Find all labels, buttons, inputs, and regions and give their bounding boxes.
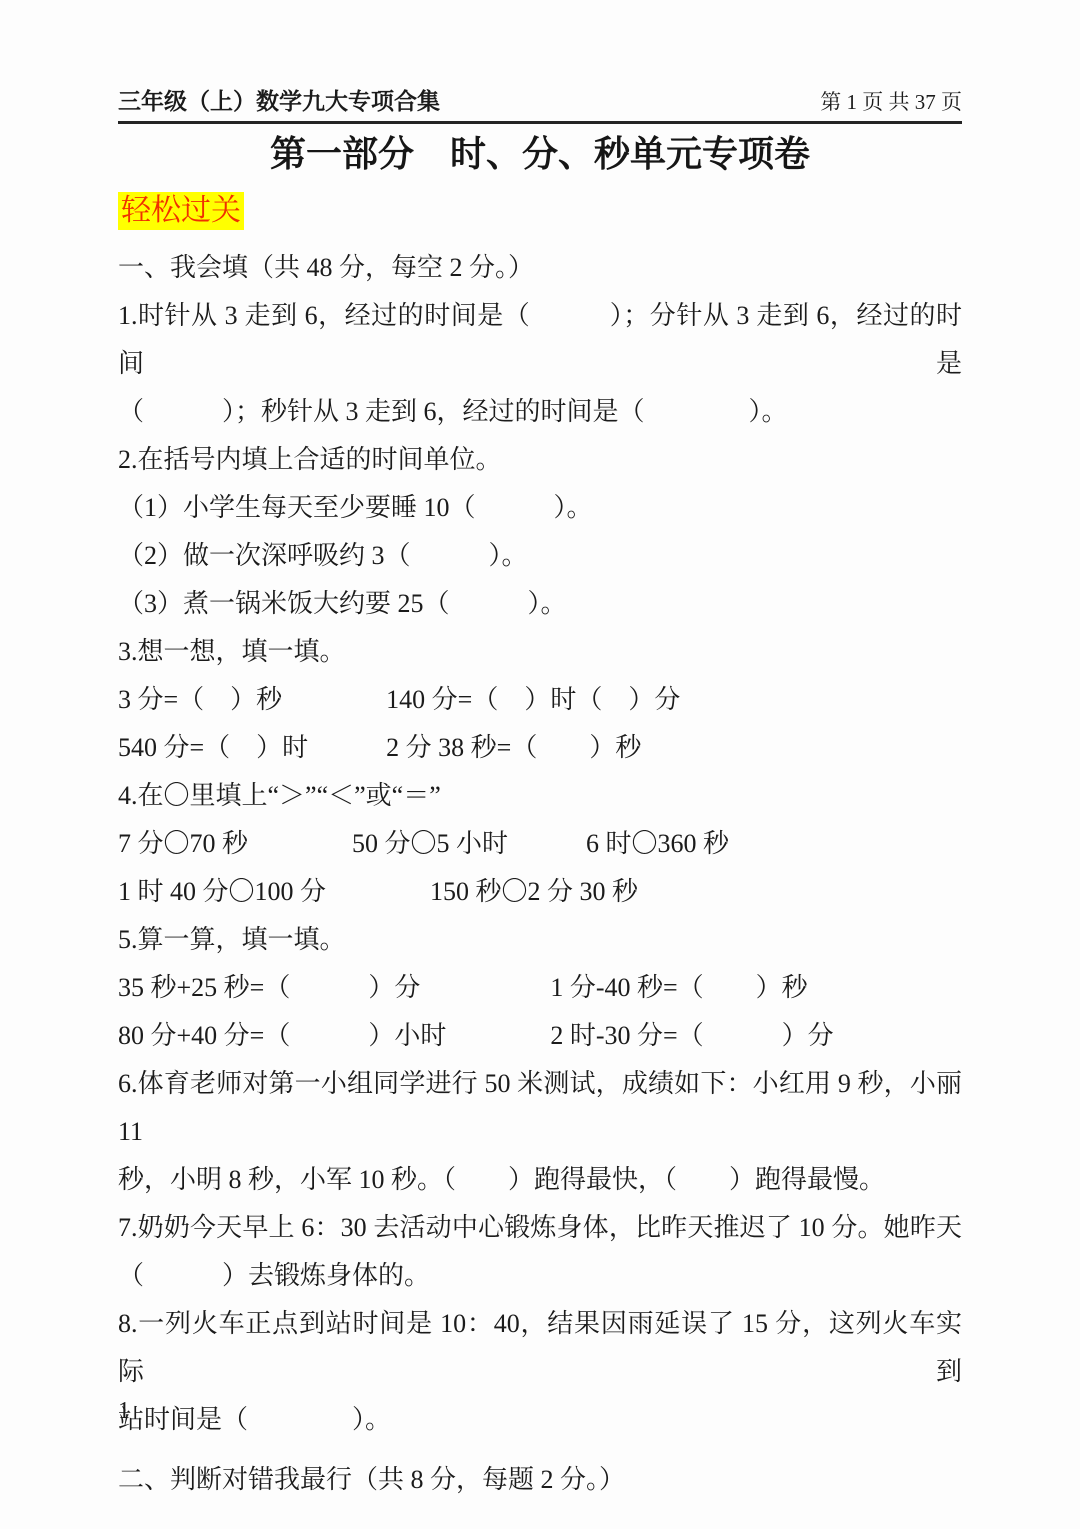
q6-line-1: 6.体育老师对第一小组同学进行 50 米测试，成绩如下：小红用 9 秒，小丽 1…	[118, 1060, 962, 1156]
part2-heading: 二、判断对错我最行（共 8 分，每题 2 分。）	[118, 1456, 962, 1504]
section-title: 第一部分 时、分、秒单元专项卷	[118, 132, 962, 176]
q1-line-2: （ ）；秒针从 3 走到 6，经过的时间是（ ）。	[118, 388, 962, 436]
q2-item-1: （1）小学生每天至少要睡 10（ ）。	[118, 484, 962, 532]
booklet-title: 三年级（上）数学九大专项合集	[118, 88, 440, 114]
q3-heading: 3.想一想，填一填。	[118, 628, 962, 676]
part1-heading: 一、我会填（共 48 分，每空 2 分。）	[118, 244, 962, 292]
q5-row-1: 35 秒+25 秒=（ ）分 1 分-40 秒=（ ）秒	[118, 964, 962, 1012]
q7-line-1: 7.奶奶今天早上 6：30 去活动中心锻炼身体，比昨天推迟了 10 分。她昨天	[118, 1204, 962, 1252]
badge-row: 轻松过关	[118, 192, 962, 232]
q5-heading: 5.算一算，填一填。	[118, 916, 962, 964]
q8-line-2: 站时间是（ ）。	[118, 1396, 962, 1444]
q2-item-3: （3）煮一锅米饭大约要 25（ ）。	[118, 580, 962, 628]
q7-line-2: （ ）去锻炼身体的。	[118, 1252, 962, 1300]
q3-row-1: 3 分=（ ）秒 140 分=（ ）时（ ）分	[118, 676, 962, 724]
q2-heading: 2.在括号内填上合适的时间单位。	[118, 436, 962, 484]
q5-row-2: 80 分+40 分=（ ）小时 2 时-30 分=（ ）分	[118, 1012, 962, 1060]
easy-pass-badge: 轻松过关	[118, 192, 244, 230]
q3-row-2: 540 分=（ ）时 2 分 38 秒=（ ）秒	[118, 724, 962, 772]
page-number: 1	[118, 1398, 130, 1425]
page-header: 三年级（上）数学九大专项合集 第 1 页 共 37 页	[118, 88, 962, 124]
q8-line-1: 8.一列火车正点到站时间是 10：40，结果因雨延误了 15 分，这列火车实际到	[118, 1300, 962, 1396]
worksheet-page: 三年级（上）数学九大专项合集 第 1 页 共 37 页 第一部分 时、分、秒单元…	[0, 0, 1080, 1529]
page-count-label: 第 1 页 共 37 页	[820, 90, 962, 114]
q4-row-1: 7 分〇70 秒 50 分〇5 小时 6 时〇360 秒	[118, 820, 962, 868]
q4-heading: 4.在〇里填上“＞”“＜”或“＝”	[118, 772, 962, 820]
q4-row-2: 1 时 40 分〇100 分 150 秒〇2 分 30 秒	[118, 868, 962, 916]
worksheet-body: 一、我会填（共 48 分，每空 2 分。） 1.时针从 3 走到 6，经过的时间…	[118, 244, 962, 1504]
q6-line-2: 秒，小明 8 秒，小军 10 秒。（ ）跑得最快，（ ）跑得最慢。	[118, 1156, 962, 1204]
q2-item-2: （2）做一次深呼吸约 3（ ）。	[118, 532, 962, 580]
q1-line-1: 1.时针从 3 走到 6，经过的时间是（ ）；分针从 3 走到 6，经过的时间是	[118, 292, 962, 388]
